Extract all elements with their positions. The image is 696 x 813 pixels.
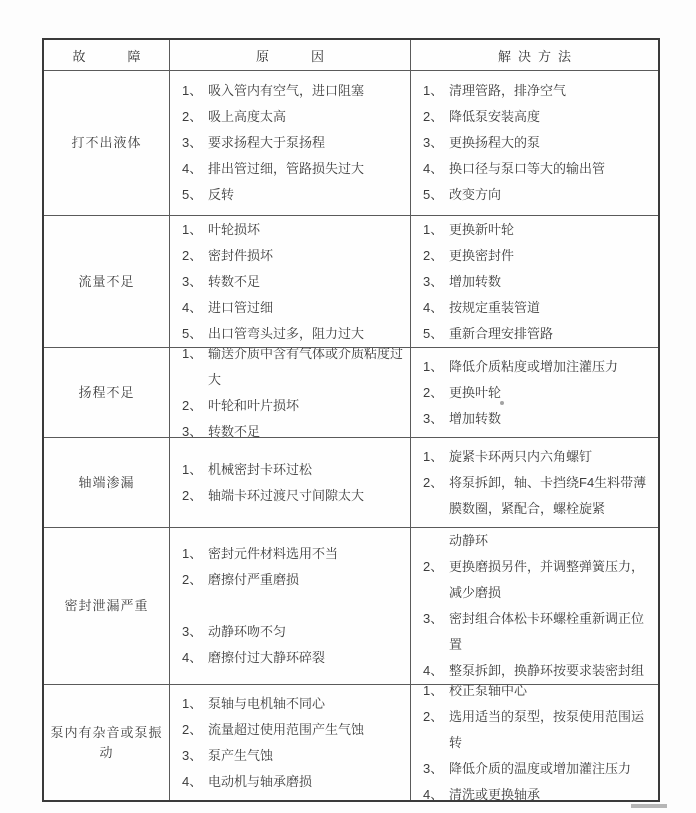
- fault-label: 轴端渗漏: [74, 473, 138, 493]
- item-number: 1、: [423, 78, 449, 104]
- item-number: 1、: [182, 541, 208, 567]
- item-text: 重新合理安排管路: [449, 321, 652, 347]
- item-text: 换口径与泵口等大的输出管: [449, 156, 652, 182]
- item-number: 1、: [423, 217, 449, 243]
- cause-list: 1、吸入管内有空气，进口阻塞2、吸上高度太高3、要求扬程大于泵扬程4、排出管过细…: [182, 78, 404, 208]
- solution-list: 1、降低介质粘度或增加注灌压力2、更换叶轮3、增加转数: [423, 354, 652, 432]
- item-text: 整泵拆卸，换静环按要求装密封组合件与轴垂直度误差＜0.10: [449, 658, 652, 684]
- item-text: 校正泵轴中心: [449, 685, 652, 704]
- item-text: 动静环吻不匀: [208, 619, 404, 645]
- table-row: 密封泄漏严重1、密封元件材料选用不当2、磨擦付严重磨损3、动静环吻不匀4、磨擦付…: [44, 527, 658, 684]
- item-text: 泵轴与电机轴不同心: [208, 691, 404, 717]
- fault-table: 故障 原因 解决方法 打不出液体1、吸入管内有空气，进口阻塞2、吸上高度太高3、…: [42, 38, 660, 802]
- fault-cell: 流量不足: [44, 216, 169, 347]
- table-row: 打不出液体1、吸入管内有空气，进口阻塞2、吸上高度太高3、要求扬程大于泵扬程4、…: [44, 70, 658, 215]
- list-item: 4、电动机与轴承磨损: [182, 769, 404, 795]
- item-text: 按规定重装管道: [449, 295, 652, 321]
- solution-cell: 1、清理管路，排净空气2、降低泵安装高度3、更换扬程大的泵4、换口径与泵口等大的…: [410, 71, 658, 215]
- cause-list: 1、机械密封卡环过松2、轴端卡环过渡尺寸间隙太大: [182, 457, 404, 509]
- solution-cell: 1、向供泵单位述明介质情况，配适当动静环2、更换磨损另件，并调整弹簧压力，减少磨…: [410, 528, 658, 684]
- solution-list: 1、旋紧卡环两只内六角螺钉2、将泵拆卸，轴、卡挡绕F4生料带薄膜数圈，紧配合，螺…: [423, 444, 652, 522]
- item-number: 5、: [423, 321, 449, 347]
- item-text: 增加转数: [449, 269, 652, 295]
- list-item: 2、选用适当的泵型，按泵使用范围运转: [423, 704, 652, 756]
- item-number: 2、: [182, 717, 208, 743]
- solution-cell: 1、降低介质粘度或增加注灌压力2、更换叶轮3、增加转数: [410, 348, 658, 437]
- list-item: 1、输送介质中含有气体或介质粘度过大: [182, 348, 404, 393]
- item-text: 降低介质的温度或增加灌注压力: [449, 756, 652, 782]
- solution-cell: 1、更换新叶轮2、更换密封件3、增加转数4、按规定重装管道5、重新合理安排管路: [410, 216, 658, 347]
- item-number: 2、: [423, 704, 449, 730]
- item-number: 2、: [423, 554, 449, 580]
- cause-cell: 1、泵轴与电机轴不同心2、流量超过使用范围产生气蚀3、泵产生气蚀4、电动机与轴承…: [169, 685, 410, 800]
- list-item: 2、更换磨损另件，并调整弹簧压力，减少磨损: [423, 554, 652, 606]
- item-number: 2、: [423, 380, 449, 406]
- fault-label: 流量不足: [74, 272, 138, 292]
- table-row: 泵内有杂音或泵振动1、泵轴与电机轴不同心2、流量超过使用范围产生气蚀3、泵产生气…: [44, 684, 658, 800]
- header-fault-label: 故障: [72, 46, 169, 65]
- item-number: 4、: [423, 295, 449, 321]
- list-item: 1、向供泵单位述明介质情况，配适当动静环: [423, 528, 652, 554]
- list-item: 3、更换扬程大的泵: [423, 130, 652, 156]
- item-text: 吸入管内有空气，进口阻塞: [208, 78, 404, 104]
- item-number: 1、: [423, 444, 449, 470]
- item-text: 出口管弯头过多，阻力过大: [208, 321, 404, 347]
- item-number: 1、: [182, 348, 208, 367]
- item-number: 2、: [182, 243, 208, 269]
- item-text: 密封件损坏: [208, 243, 404, 269]
- item-number: 2、: [182, 483, 208, 509]
- item-number: 4、: [423, 782, 449, 801]
- list-item: 3、降低介质的温度或增加灌注压力: [423, 756, 652, 782]
- item-text: 轴端卡环过渡尺寸间隙太大: [208, 483, 404, 509]
- list-item: 5、重新合理安排管路: [423, 321, 652, 347]
- cause-cell: 1、输送介质中含有气体或介质粘度过大2、叶轮和叶片损坏3、转数不足: [169, 348, 410, 437]
- header-cause-label: 原因: [256, 46, 366, 65]
- list-item: 2、叶轮和叶片损坏: [182, 393, 404, 419]
- item-text: 更换叶轮: [449, 380, 652, 406]
- item-number: 2、: [182, 567, 208, 593]
- list-item: 1、旋紧卡环两只内六角螺钉: [423, 444, 652, 470]
- list-item: 3、泵产生气蚀: [182, 743, 404, 769]
- item-text: 反转: [208, 182, 404, 208]
- item-text: 流量超过使用范围产生气蚀: [208, 717, 404, 743]
- list-item: 4、排出管过细，管路损失过大: [182, 156, 404, 182]
- item-number: 3、: [423, 130, 449, 156]
- item-number: 4、: [182, 769, 208, 795]
- cause-list: 1、密封元件材料选用不当2、磨擦付严重磨损3、动静环吻不匀4、磨擦付过大静环碎裂: [182, 541, 404, 671]
- item-number: 3、: [182, 269, 208, 295]
- item-number: 1、: [182, 217, 208, 243]
- item-text: 磨擦付严重磨损: [208, 567, 404, 593]
- item-text: 密封元件材料选用不当: [208, 541, 404, 567]
- fault-label: 泵内有杂音或泵振动: [44, 723, 169, 763]
- cause-list: 1、泵轴与电机轴不同心2、流量超过使用范围产生气蚀3、泵产生气蚀4、电动机与轴承…: [182, 691, 404, 795]
- list-item: 4、进口管过细: [182, 295, 404, 321]
- fault-cell: 泵内有杂音或泵振动: [44, 685, 169, 800]
- item-text: 输送介质中含有气体或介质粘度过大: [208, 348, 404, 393]
- item-number: 5、: [423, 182, 449, 208]
- list-item: 1、更换新叶轮: [423, 217, 652, 243]
- item-text: 将泵拆卸，轴、卡挡绕F4生料带薄膜数圈，紧配合，螺栓旋紧: [449, 470, 652, 522]
- item-text: 更换新叶轮: [449, 217, 652, 243]
- cause-cell: 1、机械密封卡环过松2、轴端卡环过渡尺寸间隙太大: [169, 438, 410, 527]
- list-item: 2、降低泵安装高度: [423, 104, 652, 130]
- table-body: 打不出液体1、吸入管内有空气，进口阻塞2、吸上高度太高3、要求扬程大于泵扬程4、…: [44, 70, 658, 800]
- item-number: 4、: [423, 658, 449, 684]
- list-item: 3、要求扬程大于泵扬程: [182, 130, 404, 156]
- solution-cell: 1、校正泵轴中心2、选用适当的泵型，按泵使用范围运转3、降低介质的温度或增加灌注…: [410, 685, 658, 800]
- cause-cell: 1、叶轮损坏2、密封件损坏3、转数不足4、进口管过细5、出口管弯头过多，阻力过大: [169, 216, 410, 347]
- list-item: 4、磨擦付过大静环碎裂: [182, 645, 404, 671]
- header-solution-label: 解决方法: [498, 46, 578, 65]
- list-item: 1、叶轮损坏: [182, 217, 404, 243]
- fault-cell: 打不出液体: [44, 71, 169, 215]
- item-text: 更换密封件: [449, 243, 652, 269]
- list-item: 3、动静环吻不匀: [182, 619, 404, 645]
- table-row: 扬程不足1、输送介质中含有气体或介质粘度过大2、叶轮和叶片损坏3、转数不足1、降…: [44, 347, 658, 437]
- list-item: 3、密封组合体松卡环螺栓重新调正位置: [423, 606, 652, 658]
- item-text: 增加转数: [449, 406, 652, 432]
- item-number: 1、: [423, 685, 449, 704]
- item-number: 3、: [182, 130, 208, 156]
- solution-cell: 1、旋紧卡环两只内六角螺钉2、将泵拆卸，轴、卡挡绕F4生料带薄膜数圈，紧配合，螺…: [410, 438, 658, 527]
- list-item: 1、降低介质粘度或增加注灌压力: [423, 354, 652, 380]
- fault-cell: 轴端渗漏: [44, 438, 169, 527]
- list-item: 1、吸入管内有空气，进口阻塞: [182, 78, 404, 104]
- list-item: 4、整泵拆卸，换静环按要求装密封组合件与轴垂直度误差＜0.10: [423, 658, 652, 684]
- list-item: 2、将泵拆卸，轴、卡挡绕F4生料带薄膜数圈，紧配合，螺栓旋紧: [423, 470, 652, 522]
- header-cause: 原因: [169, 40, 410, 70]
- solution-list: 1、校正泵轴中心2、选用适当的泵型，按泵使用范围运转3、降低介质的温度或增加灌注…: [423, 685, 652, 800]
- item-text: 密封组合体松卡环螺栓重新调正位置: [449, 606, 652, 658]
- item-text: 更换扬程大的泵: [449, 130, 652, 156]
- list-item: 5、改变方向: [423, 182, 652, 208]
- solution-list: 1、清理管路，排净空气2、降低泵安装高度3、更换扬程大的泵4、换口径与泵口等大的…: [423, 78, 652, 208]
- list-item: 2、更换叶轮: [423, 380, 652, 406]
- item-text: 清洗或更换轴承: [449, 782, 652, 801]
- list-item: 4、按规定重装管道: [423, 295, 652, 321]
- list-item: 3、转数不足: [182, 269, 404, 295]
- list-item: 1、校正泵轴中心: [423, 685, 652, 704]
- item-text: 旋紧卡环两只内六角螺钉: [449, 444, 652, 470]
- list-item: 1、机械密封卡环过松: [182, 457, 404, 483]
- cause-cell: 1、密封元件材料选用不当2、磨擦付严重磨损3、动静环吻不匀4、磨擦付过大静环碎裂: [169, 528, 410, 684]
- fault-label: 打不出液体: [67, 133, 145, 153]
- list-item: 4、换口径与泵口等大的输出管: [423, 156, 652, 182]
- item-text: 更换磨损另件，并调整弹簧压力，减少磨损: [449, 554, 652, 606]
- item-number: 3、: [182, 419, 208, 438]
- table-row: 流量不足1、叶轮损坏2、密封件损坏3、转数不足4、进口管过细5、出口管弯头过多，…: [44, 215, 658, 347]
- fault-cell: 密封泄漏严重: [44, 528, 169, 684]
- item-number: 1、: [182, 691, 208, 717]
- item-text: 要求扬程大于泵扬程: [208, 130, 404, 156]
- scanned-page: 故障 原因 解决方法 打不出液体1、吸入管内有空气，进口阻塞2、吸上高度太高3、…: [0, 0, 696, 813]
- solution-list: 1、更换新叶轮2、更换密封件3、增加转数4、按规定重装管道5、重新合理安排管路: [423, 217, 652, 347]
- item-number: 3、: [182, 743, 208, 769]
- item-number: 4、: [423, 156, 449, 182]
- header-solution: 解决方法: [410, 40, 658, 70]
- item-number: 1、: [423, 354, 449, 380]
- scan-speck: [500, 401, 504, 405]
- item-text: 泵产生气蚀: [208, 743, 404, 769]
- item-text: 清理管路，排净空气: [449, 78, 652, 104]
- item-text: 选用适当的泵型，按泵使用范围运转: [449, 704, 652, 756]
- item-text: 改变方向: [449, 182, 652, 208]
- cause-list: 1、叶轮损坏2、密封件损坏3、转数不足4、进口管过细5、出口管弯头过多，阻力过大: [182, 217, 404, 347]
- item-text: 叶轮损坏: [208, 217, 404, 243]
- table-header-row: 故障 原因 解决方法: [44, 40, 658, 70]
- item-text: 电动机与轴承磨损: [208, 769, 404, 795]
- list-item: 1、泵轴与电机轴不同心: [182, 691, 404, 717]
- list-item: 3、转数不足: [182, 419, 404, 438]
- item-number: 4、: [182, 156, 208, 182]
- list-item: [182, 593, 404, 619]
- item-text: 转数不足: [208, 419, 404, 438]
- item-text: 降低泵安装高度: [449, 104, 652, 130]
- list-item: 2、轴端卡环过渡尺寸间隙太大: [182, 483, 404, 509]
- fault-cell: 扬程不足: [44, 348, 169, 437]
- item-number: 2、: [423, 243, 449, 269]
- item-text: 转数不足: [208, 269, 404, 295]
- list-item: 2、密封件损坏: [182, 243, 404, 269]
- item-text: 机械密封卡环过松: [208, 457, 404, 483]
- item-text: 吸上高度太高: [208, 104, 404, 130]
- item-number: 4、: [182, 645, 208, 671]
- list-item: 2、吸上高度太高: [182, 104, 404, 130]
- item-number: 5、: [182, 321, 208, 347]
- list-item: 3、增加转数: [423, 269, 652, 295]
- item-text: 叶轮和叶片损坏: [208, 393, 404, 419]
- scan-artifact-dash: [631, 804, 667, 808]
- item-number: 3、: [423, 269, 449, 295]
- list-item: 5、反转: [182, 182, 404, 208]
- item-number: 2、: [182, 104, 208, 130]
- list-item: 1、清理管路，排净空气: [423, 78, 652, 104]
- list-item: 5、出口管弯头过多，阻力过大: [182, 321, 404, 347]
- list-item: 4、清洗或更换轴承: [423, 782, 652, 801]
- list-item: 3、增加转数: [423, 406, 652, 432]
- item-number: 5、: [182, 182, 208, 208]
- item-number: 1、: [182, 457, 208, 483]
- item-number: 3、: [423, 406, 449, 432]
- item-number: 3、: [423, 756, 449, 782]
- header-fault: 故障: [44, 40, 169, 70]
- table-row: 轴端渗漏1、机械密封卡环过松2、轴端卡环过渡尺寸间隙太大1、旋紧卡环两只内六角螺…: [44, 437, 658, 527]
- item-text: 进口管过细: [208, 295, 404, 321]
- item-text: 降低介质粘度或增加注灌压力: [449, 354, 652, 380]
- item-number: 3、: [423, 606, 449, 632]
- item-number: 2、: [423, 470, 449, 496]
- cause-list: 1、输送介质中含有气体或介质粘度过大2、叶轮和叶片损坏3、转数不足: [182, 348, 404, 437]
- item-number: 4、: [182, 295, 208, 321]
- item-number: 2、: [182, 393, 208, 419]
- fault-label: 密封泄漏严重: [60, 596, 152, 616]
- list-item: 2、流量超过使用范围产生气蚀: [182, 717, 404, 743]
- list-item: 2、磨擦付严重磨损: [182, 567, 404, 593]
- item-number: 1、: [182, 78, 208, 104]
- item-text: 排出管过细，管路损失过大: [208, 156, 404, 182]
- fault-label: 扬程不足: [74, 383, 138, 403]
- list-item: 1、密封元件材料选用不当: [182, 541, 404, 567]
- list-item: 2、更换密封件: [423, 243, 652, 269]
- item-number: 2、: [423, 104, 449, 130]
- item-text: 向供泵单位述明介质情况，配适当动静环: [449, 528, 652, 554]
- solution-list: 1、向供泵单位述明介质情况，配适当动静环2、更换磨损另件，并调整弹簧压力，减少磨…: [423, 528, 652, 684]
- item-number: 3、: [182, 619, 208, 645]
- cause-cell: 1、吸入管内有空气，进口阻塞2、吸上高度太高3、要求扬程大于泵扬程4、排出管过细…: [169, 71, 410, 215]
- item-text: 磨擦付过大静环碎裂: [208, 645, 404, 671]
